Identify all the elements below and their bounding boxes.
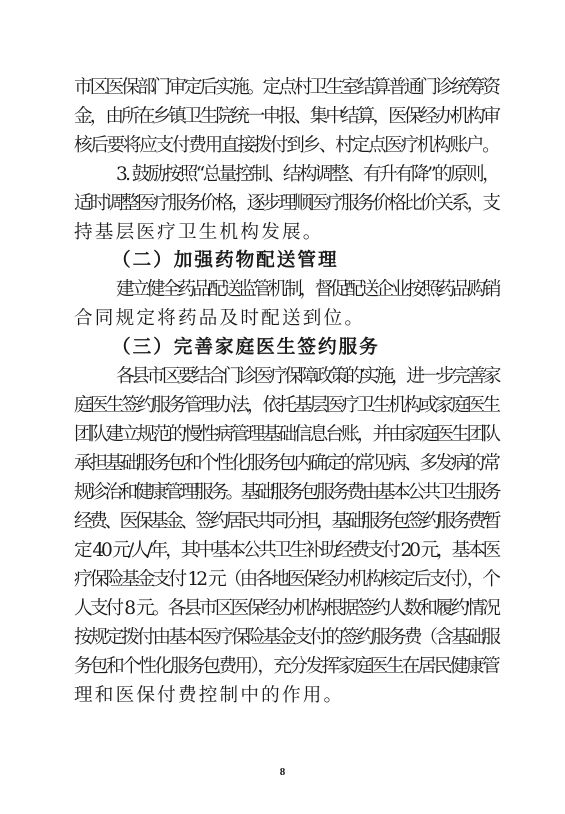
section-heading: （二）加强药物配送管理 xyxy=(112,246,339,275)
body-line: 核后要将应支付费用直接拨付到乡、村定点医疗机构账户。 xyxy=(74,131,498,160)
body-line: 持基层医疗卫生机构发展。 xyxy=(74,218,498,247)
body-line: 各县市区要结合门诊医疗保障政策的实施，进一步完善家 xyxy=(116,362,498,391)
body-line: 务包和个性化服务包费用），充分发挥家庭医生在居民健康管 xyxy=(74,652,498,681)
body-line: 定 40 元/人/年，其中基本公共卫生补助经费支付 20 元，基本医 xyxy=(74,536,498,565)
body-line: 3. 鼓励按照“总量控制、结构调整、有升有降”的原则， xyxy=(116,160,498,189)
section-heading: （三）完善家庭医生签约服务 xyxy=(112,333,380,362)
page-number: 8 xyxy=(0,766,565,778)
body-line: 按规定拨付由基本医疗保险基金支付的签约服务费（含基础服 xyxy=(74,623,498,652)
body-line: 团队建立规范的慢性病管理基础信息台账，并由家庭医生团队 xyxy=(74,420,498,449)
body-line: 金，由所在乡镇卫生院统一申报、集中结算，医保经办机构审 xyxy=(74,102,498,131)
body-line: 承担基础服务包和个性化服务包内确定的常见病、多发病的常 xyxy=(74,449,498,478)
body-line: 疗保险基金支付 12 元（由各地医保经办机构核定后支付），个 xyxy=(74,565,498,594)
body-line: 市区医保部门审定后实施。定点村卫生室结算普通门诊统筹资 xyxy=(74,73,498,102)
body-line: 理和医保付费控制中的作用。 xyxy=(74,681,498,710)
body-line: 合同规定将药品及时配送到位。 xyxy=(74,304,498,333)
body-line: 适时调整医疗服务价格，逐步理顺医疗服务价格比价关系，支 xyxy=(74,189,498,218)
body-line: 庭医生签约服务管理办法，依托基层医疗卫生机构或家庭医生 xyxy=(74,391,498,420)
body-line: 人支付 8 元。各县市区医保经办机构根据签约人数和履约情况 xyxy=(74,594,498,623)
document-page: 市区医保部门审定后实施。定点村卫生室结算普通门诊统筹资 金，由所在乡镇卫生院统一… xyxy=(0,0,565,814)
body-line: 经费、医保基金、签约居民共同分担，基础服务包签约服务费暂 xyxy=(74,507,498,536)
body-line: 建立健全药品配送监管机制，督促配送企业按照药品购销 xyxy=(116,275,498,304)
body-line: 规诊治和健康管理服务。基础服务包服务费由基本公共卫生服务 xyxy=(74,478,498,507)
